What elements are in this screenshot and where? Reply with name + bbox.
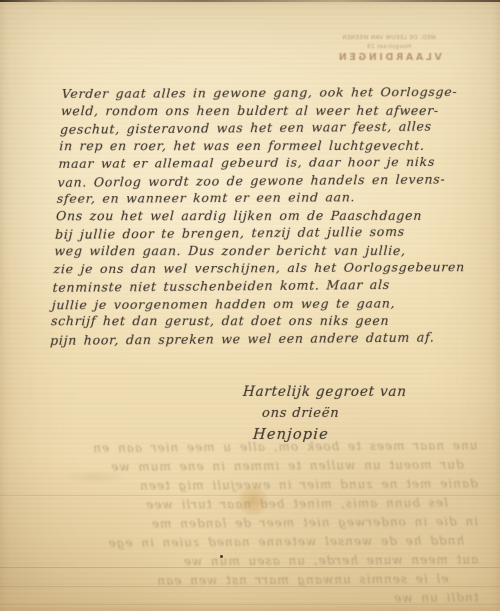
stamp-street-line: Hoogstraat 29 <box>330 45 448 51</box>
letter-line: weld, rondom ons heen buldert al weer he… <box>61 101 474 119</box>
letter-line: Verder gaat alles in gewone gang, ook he… <box>61 83 474 103</box>
letter-line: tenminste niet tusschenbeiden komt. Maar… <box>52 275 465 296</box>
scan-edge <box>0 0 500 2</box>
letter-line: sfeer, en wanneer komt er een eind aan. <box>56 188 469 208</box>
paper-crease-line <box>0 604 500 605</box>
stamp-name-line: WED. DE LEEUW VAN WEENEN <box>330 36 448 42</box>
paper-crease-line <box>0 586 500 587</box>
closing-from: ons drieën <box>261 406 340 421</box>
letter-line: geschut, gisteravond was het een waar fe… <box>60 117 473 138</box>
letter-line: pijn hoor, dan spreken we wel een andere… <box>50 328 463 349</box>
paper-stain <box>236 486 270 516</box>
stamp-city-line: VLAARDINGEN <box>330 53 448 63</box>
bleedthrough-line: tndli un we <box>22 588 478 610</box>
letter-line: schrijf het dan gerust, dat doet ons nik… <box>51 312 464 330</box>
ink-dot <box>220 555 223 558</box>
ink-bleedthrough: une naar mees te boek om, alle u mee nie… <box>21 436 478 610</box>
letter-body: Verder gaat alles in gewone gang, ook he… <box>50 83 474 348</box>
letter-line: van. Oorlog wordt zoo de gewone handels … <box>57 170 470 191</box>
closing-salutation: Hartelijk gegroet van <box>242 384 407 400</box>
letter-line: in rep en roer, het was een formeel luch… <box>59 136 472 154</box>
paper-crease-line <box>0 567 500 568</box>
letter-line: jullie je voorgenomen hadden om weg te g… <box>51 294 464 314</box>
paper-smudge <box>60 470 130 484</box>
letter-line: bij jullie door te brengen, tenzij dat j… <box>55 223 468 244</box>
address-stamp-mirrored: WED. DE LEEUW VAN WEENEN Hoogstraat 29 V… <box>330 36 448 63</box>
letter-line: weg wilden gaan. Dus zonder bericht van … <box>54 242 467 260</box>
